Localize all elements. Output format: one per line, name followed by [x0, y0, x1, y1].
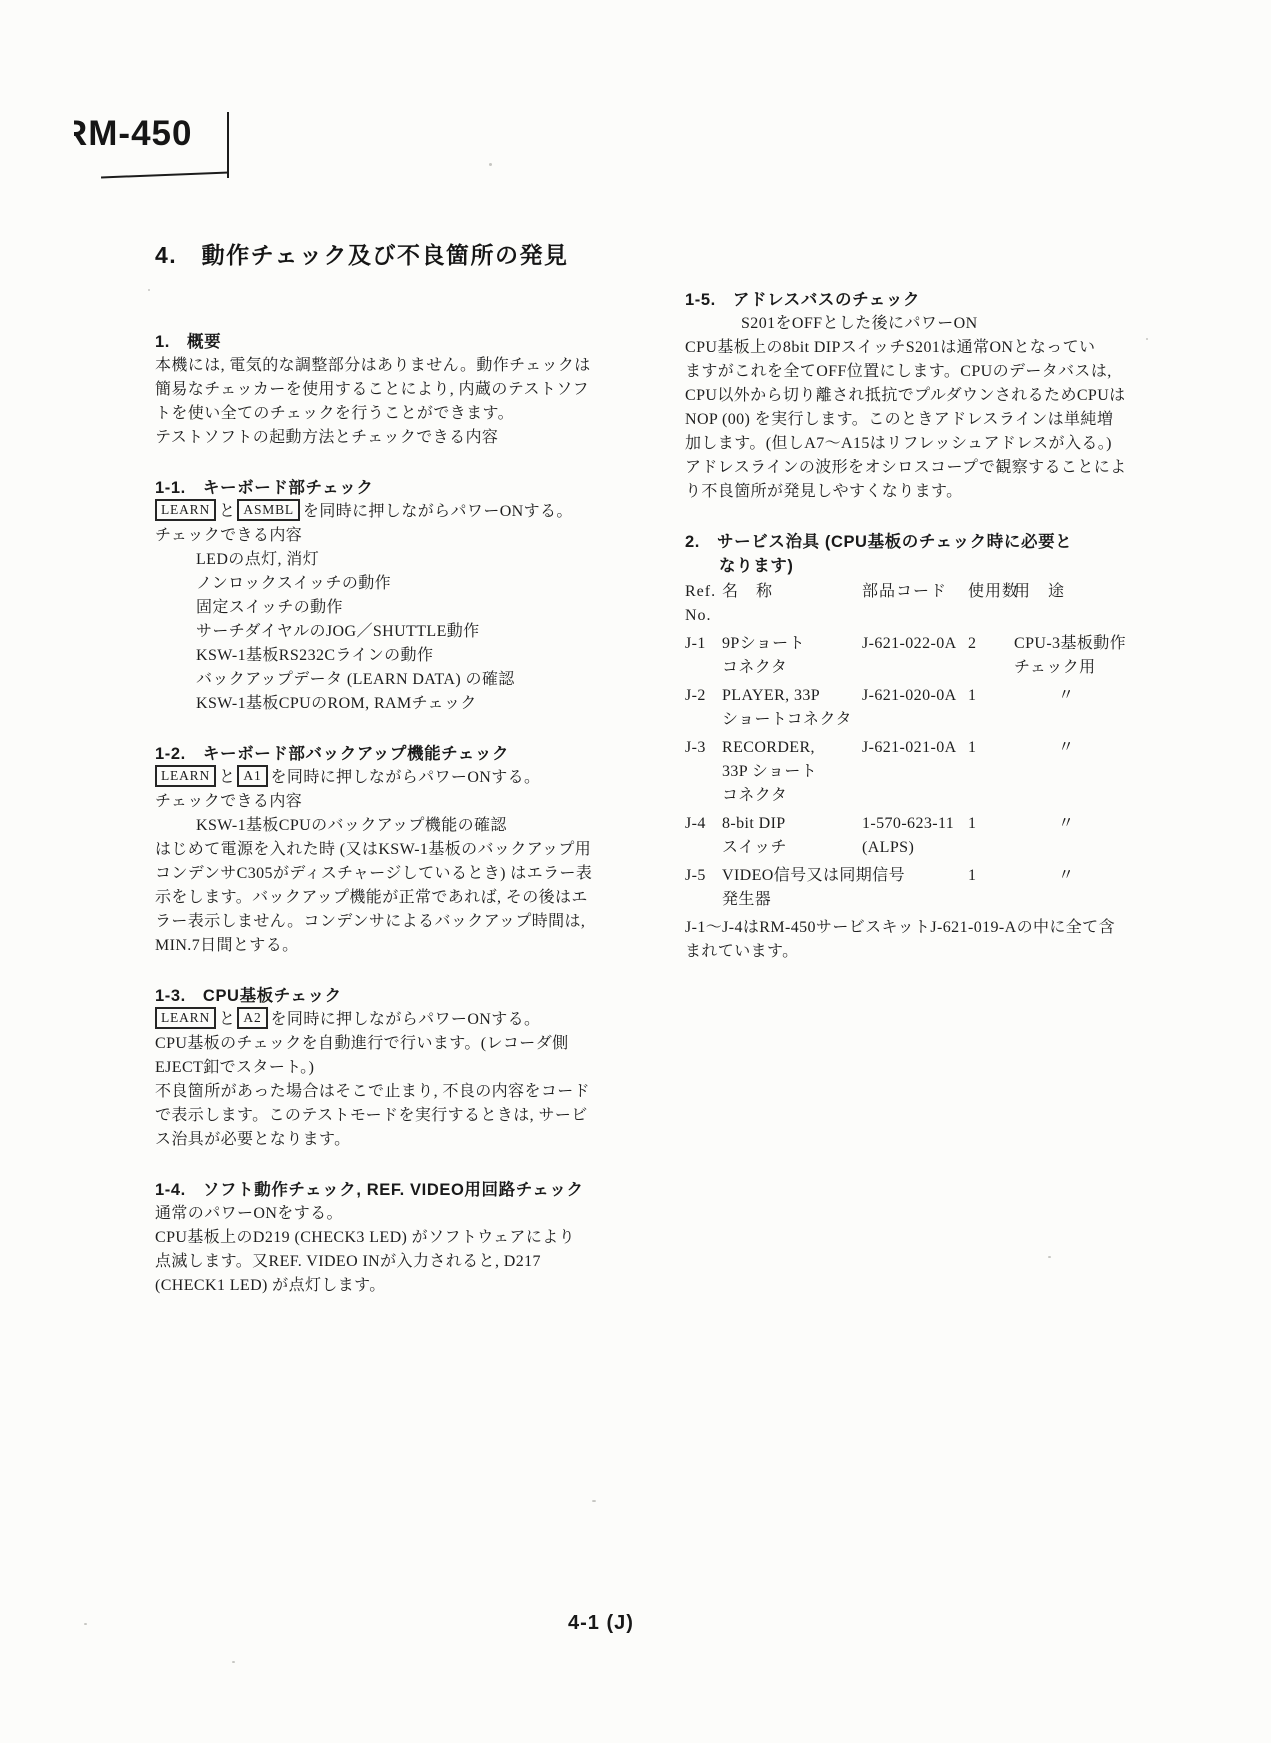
text-line: はじめて電源を入れた時 (又はKSW-1基板のバックアップ用: [155, 838, 625, 862]
text-line: 点滅します。又REF. VIDEO INが入力されると, D217: [155, 1250, 625, 1274]
cell-part-name: PLAYER, 33Pショートコネクタ: [722, 684, 862, 732]
key-button-label: LEARN: [155, 765, 216, 787]
text-line: テストソフトの起動方法とチェックできる内容: [155, 426, 625, 450]
cell-text: J-621-021-0A: [862, 736, 958, 760]
scanned-manual-page: RM-450 4. 動作チェック及び不良箇所の発見1. 概要本機には, 電気的な…: [0, 0, 1271, 1743]
scan-speck: [232, 1661, 235, 1663]
key-button-label: ASMBL: [237, 499, 300, 521]
cell-text: 1: [958, 736, 1014, 760]
text-line: S201をOFFとした後にパワーON: [685, 312, 1145, 336]
section-heading: なります): [685, 554, 1145, 578]
model-number-box: RM-450: [74, 114, 208, 166]
column-header-ref: Ref.No.: [685, 580, 722, 628]
cell-usage: CPU-3基板動作チェック用: [1014, 632, 1145, 680]
cell-text: 8-bit DIP: [722, 812, 862, 836]
cell-text: 〃: [1014, 812, 1145, 836]
cell-text: コネクタ: [722, 784, 862, 808]
text-line: NOP (00) を実行します。このときアドレスラインは単純増: [685, 408, 1145, 432]
text-segment: を同時に押しながらパワーONする。: [271, 1011, 541, 1028]
cell-text: 発生器: [722, 888, 958, 912]
cell-text: J-4: [685, 812, 722, 836]
section-heading: 1-3. CPU基板チェック: [155, 984, 625, 1008]
cell-ref-no: J-3: [685, 736, 722, 808]
page-number: 4-1 (J): [568, 1612, 634, 1635]
cell-ref-no: J-2: [685, 684, 722, 732]
cell-text: 〃: [1014, 736, 1145, 760]
cell-text: 2: [958, 632, 1014, 656]
cell-part-name: 9Pショートコネクタ: [722, 632, 862, 680]
text-line: り不良箇所が発見しやすくなります。: [685, 480, 1145, 504]
cell-text: VIDEO信号又は同期信号: [722, 864, 958, 888]
column-header-text: 使用数: [958, 580, 1014, 604]
model-box-bottom-border: [101, 172, 229, 179]
cell-text: ショートコネクタ: [722, 708, 862, 732]
text-line: 加します。(但しA7〜A15はリフレッシュアドレスが入る。): [685, 432, 1145, 456]
model-number-label: RM-450: [74, 114, 192, 154]
scan-speck: [84, 1623, 87, 1625]
cell-part-code: J-621-022-0A: [862, 632, 958, 680]
text-line: J-1〜J-4はRM-450サービスキットJ-621-019-Aの中に全て含: [685, 916, 1145, 940]
scan-speck: [592, 1500, 596, 1502]
cell-quantity: 1: [958, 812, 1014, 860]
text-line: CPU以外から切り離され抵抗でプルダウンされるためCPUは: [685, 384, 1145, 408]
text-segment: と: [219, 769, 235, 786]
section-heading: 1-1. キーボード部チェック: [155, 476, 625, 500]
table-row: J-5VIDEO信号又は同期信号発生器1〃: [685, 864, 1145, 912]
cell-part-code: 1-570-623-11(ALPS): [862, 812, 958, 860]
column-header-name: 名 称: [722, 580, 862, 628]
cell-text: コネクタ: [722, 656, 862, 680]
cell-text: 1: [958, 812, 1014, 836]
text-line: LEARNとA1を同時に押しながらパワーONする。: [155, 766, 625, 790]
text-line: KSW-1基板RS232Cラインの動作: [155, 644, 625, 668]
cell-quantity: 1: [958, 684, 1014, 732]
section-heading: 2. サービス治具 (CPU基板のチェック時に必要と: [685, 530, 1145, 554]
cell-text: 1: [958, 684, 1014, 708]
service-jig-table: Ref.No.名 称部品コード使用数用 途J-19PショートコネクタJ-621-…: [685, 580, 1145, 912]
text-line: KSW-1基板CPUのバックアップ機能の確認: [155, 814, 625, 838]
text-line: トを使い全てのチェックを行うことができます。: [155, 402, 625, 426]
table-header-row: Ref.No.名 称部品コード使用数用 途: [685, 580, 1145, 628]
text-line: ラー表示しません。コンデンサによるバックアップ時間は,: [155, 910, 625, 934]
cell-text: J-3: [685, 736, 722, 760]
text-line: LEDの点灯, 消灯: [155, 548, 625, 572]
column-header-text: 名 称: [722, 580, 862, 604]
text-line: チェックできる内容: [155, 524, 625, 548]
cell-usage: 〃: [1014, 736, 1145, 808]
key-button-label: LEARN: [155, 499, 216, 521]
text-line: EJECT釦でスタート。): [155, 1056, 625, 1080]
cell-part-name: VIDEO信号又は同期信号発生器: [722, 864, 958, 912]
text-line: 示をします。バックアップ機能が正常であれば, その後はエ: [155, 886, 625, 910]
text-line: LEARNとASMBLを同時に押しながらパワーONする。: [155, 500, 625, 524]
text-line: LEARNとA2を同時に押しながらパワーONする。: [155, 1008, 625, 1032]
cell-part-code: J-621-021-0A: [862, 736, 958, 808]
table-row: J-48-bit DIPスイッチ1-570-623-11(ALPS)1〃: [685, 812, 1145, 860]
text-segment: と: [219, 1011, 235, 1028]
cell-text: J-621-020-0A: [862, 684, 958, 708]
text-line: CPU基板のチェックを自動進行で行います。(レコーダ側: [155, 1032, 625, 1056]
text-line: 簡易なチェッカーを使用することにより, 内蔵のテストソフ: [155, 378, 625, 402]
column-header-text: No.: [685, 604, 722, 628]
key-button-label: A2: [237, 1007, 267, 1029]
cell-text: CPU-3基板動作: [1014, 632, 1145, 656]
text-line: KSW-1基板CPUのROM, RAMチェック: [155, 692, 625, 716]
cell-text: 〃: [1014, 864, 1145, 888]
text-line: 固定スイッチの動作: [155, 596, 625, 620]
cell-text: J-2: [685, 684, 722, 708]
text-line: MIN.7日間とする。: [155, 934, 625, 958]
cell-ref-no: J-1: [685, 632, 722, 680]
cell-text: J-5: [685, 864, 722, 888]
text-segment: を同時に押しながらパワーONする。: [303, 503, 573, 520]
cell-usage: 〃: [1014, 812, 1145, 860]
text-line: 不良箇所があった場合はそこで止まり, 不良の内容をコード: [155, 1080, 625, 1104]
text-line: コンデンサC305がディスチャージしているとき) はエラー表: [155, 862, 625, 886]
text-line: 本機には, 電気的な調整部分はありません。動作チェックは: [155, 354, 625, 378]
text-line: ますがこれを全てOFF位置にします。CPUのデータバスは,: [685, 360, 1145, 384]
left-text-column: 4. 動作チェック及び不良箇所の発見1. 概要本機には, 電気的な調整部分はあり…: [155, 240, 625, 1298]
cell-text: PLAYER, 33P: [722, 684, 862, 708]
cell-text: 1: [958, 864, 1014, 888]
section-heading: 1-2. キーボード部バックアップ機能チェック: [155, 742, 625, 766]
text-line: バックアップデータ (LEARN DATA) の確認: [155, 668, 625, 692]
cell-ref-no: J-5: [685, 864, 722, 912]
cell-text: J-621-022-0A: [862, 632, 958, 656]
cell-text: 1-570-623-11: [862, 812, 958, 836]
cell-text: RECORDER,: [722, 736, 862, 760]
text-line: まれています。: [685, 940, 1145, 964]
key-button-label: A1: [237, 765, 267, 787]
column-header-qty: 使用数: [958, 580, 1014, 628]
section-heading: 1. 概要: [155, 330, 625, 354]
cell-text: 9Pショート: [722, 632, 862, 656]
text-line: ノンロックスイッチの動作: [155, 572, 625, 596]
scan-speck: [1146, 338, 1148, 340]
column-header-code: 部品コード: [862, 580, 958, 628]
text-segment: を同時に押しながらパワーONする。: [271, 769, 541, 786]
section-heading: 1-4. ソフト動作チェック, REF. VIDEO用回路チェック: [155, 1178, 625, 1202]
text-line: チェックできる内容: [155, 790, 625, 814]
cell-part-code: J-621-020-0A: [862, 684, 958, 732]
table-row: J-19PショートコネクタJ-621-022-0A2CPU-3基板動作チェック用: [685, 632, 1145, 680]
text-line: 通常のパワーONをする。: [155, 1202, 625, 1226]
cell-part-name: 8-bit DIPスイッチ: [722, 812, 862, 860]
cell-part-name: RECORDER,33P ショートコネクタ: [722, 736, 862, 808]
text-line: (CHECK1 LED) が点灯します。: [155, 1274, 625, 1298]
cell-text: 33P ショート: [722, 760, 862, 784]
text-line: サーチダイヤルのJOG／SHUTTLE動作: [155, 620, 625, 644]
key-button-label: LEARN: [155, 1007, 216, 1029]
cell-usage: 〃: [1014, 864, 1145, 912]
cell-text: 〃: [1014, 684, 1145, 708]
cell-quantity: 2: [958, 632, 1014, 680]
scan-speck: [148, 289, 150, 291]
right-text-column: 1-5. アドレスバスのチェックS201をOFFとした後にパワーONCPU基板上…: [685, 288, 1145, 964]
cell-text: (ALPS): [862, 836, 958, 860]
section-heading: 4. 動作チェック及び不良箇所の発見: [155, 240, 625, 270]
cell-usage: 〃: [1014, 684, 1145, 732]
cell-text: J-1: [685, 632, 722, 656]
text-line: CPU基板上の8bit DIPスイッチS201は通常ONとなってい: [685, 336, 1145, 360]
column-header-use: 用 途: [1014, 580, 1145, 628]
column-header-text: 部品コード: [862, 580, 958, 604]
column-header-text: 用 途: [1014, 580, 1145, 604]
cell-ref-no: J-4: [685, 812, 722, 860]
model-box-right-border: [227, 112, 229, 178]
cell-quantity: 1: [958, 736, 1014, 808]
cell-text: チェック用: [1014, 656, 1145, 680]
text-line: CPU基板上のD219 (CHECK3 LED) がソフトウェアにより: [155, 1226, 625, 1250]
text-line: ス治具が必要となります。: [155, 1128, 625, 1152]
text-line: で表示します。このテストモードを実行するときは, サービ: [155, 1104, 625, 1128]
table-row: J-3RECORDER,33P ショートコネクタJ-621-021-0A1〃: [685, 736, 1145, 808]
scan-speck: [1048, 1256, 1051, 1258]
text-segment: と: [219, 503, 235, 520]
table-row: J-2PLAYER, 33PショートコネクタJ-621-020-0A1〃: [685, 684, 1145, 732]
section-heading: 1-5. アドレスバスのチェック: [685, 288, 1145, 312]
scan-speck: [489, 163, 492, 166]
text-line: アドレスラインの波形をオシロスコープで観察することによ: [685, 456, 1145, 480]
cell-text: スイッチ: [722, 836, 862, 860]
column-header-text: Ref.: [685, 580, 722, 604]
cell-quantity: 1: [958, 864, 1014, 912]
